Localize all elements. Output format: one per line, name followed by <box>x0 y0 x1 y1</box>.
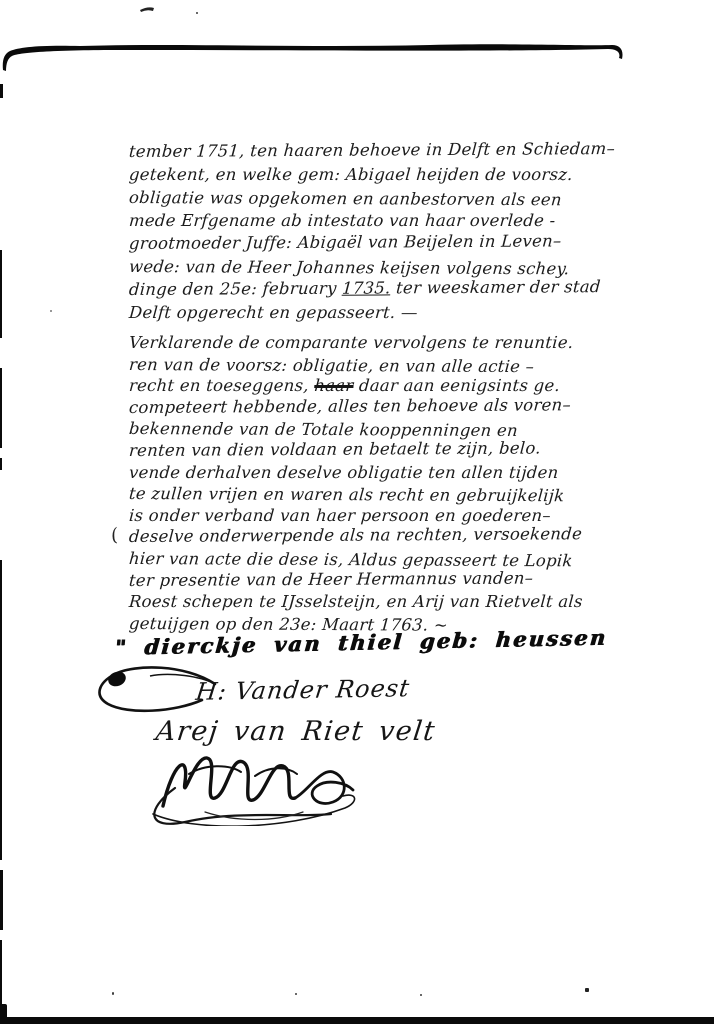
manuscript-line: grootmoeder Juffe: Abigaël van Beijelen … <box>128 229 608 255</box>
line-text: ter weeskamer der stad <box>390 277 601 297</box>
scan-edge-left <box>0 458 2 470</box>
ink-speck <box>50 310 52 312</box>
underlined-date: 1735. <box>342 278 392 297</box>
scan-edge-left <box>0 870 3 930</box>
manuscript-line: renten van dien voldaan en betaelt te zi… <box>128 437 608 462</box>
ink-speck <box>112 992 114 995</box>
manuscript-line: tember 1751, ten haaren behoeve in Delft… <box>128 137 608 163</box>
scan-edge-left <box>0 560 2 860</box>
manuscript-line: deselve onderwerpende als na rechten, ve… <box>128 523 608 548</box>
ink-speck <box>295 993 297 995</box>
scan-edge-top <box>0 0 660 100</box>
margin-flourish: ( <box>109 524 120 546</box>
paragraph-2: ( Verklarende de comparante vervolgens t… <box>129 332 607 634</box>
manuscript-line: Delft opgerecht en gepasseert. — <box>128 301 608 324</box>
manuscript-line: obligatie was opgekomen en aanbestorven … <box>128 186 608 212</box>
notary-flourish-signature <box>145 748 375 826</box>
signature-witness-roest: H: Vander Roest <box>194 674 411 706</box>
scan-edge-left <box>0 368 2 448</box>
scan-edge-left <box>0 940 2 1010</box>
manuscript-line: Verklarende de comparante vervolgens te … <box>128 332 608 354</box>
manuscript-line: vende derhalven deselve obligatie ten al… <box>128 462 608 484</box>
scan-edge-bottom <box>0 1017 714 1024</box>
struck-out-word: haar <box>314 376 355 395</box>
manuscript-line: ter presentie van de Heer Hermannus vand… <box>128 567 608 592</box>
document-scan-page: tember 1751, ten haaren behoeve in Delft… <box>0 0 714 1024</box>
manuscript-text-block: tember 1751, ten haaren behoeve in Delft… <box>129 140 607 634</box>
manuscript-line: competeert hebbende, alles ten behoeve a… <box>128 394 608 419</box>
ink-speck <box>196 12 198 14</box>
paragraph-1: tember 1751, ten haaren behoeve in Delft… <box>129 140 607 324</box>
manuscript-line: getekent, en welke gem: Abigael heijden … <box>128 163 608 186</box>
ink-speck <box>420 994 422 996</box>
line-text: recht en toeseggens, <box>128 376 315 395</box>
line-text: dinge den 25e: february <box>128 279 342 299</box>
signature-witness-rietvelt: Arej van Riet velt <box>154 716 438 747</box>
scan-edge-left <box>0 250 2 338</box>
manuscript-line: dinge den 25e: february 1735. ter weeska… <box>128 275 608 301</box>
ink-speck <box>585 988 589 992</box>
line-text: daar aan eenigsints ge. <box>353 376 561 395</box>
manuscript-line: te zullen vrijen en waren als recht en g… <box>128 483 607 507</box>
manuscript-line: Roest schepen te IJsselsteijn, en Arij v… <box>128 591 608 613</box>
